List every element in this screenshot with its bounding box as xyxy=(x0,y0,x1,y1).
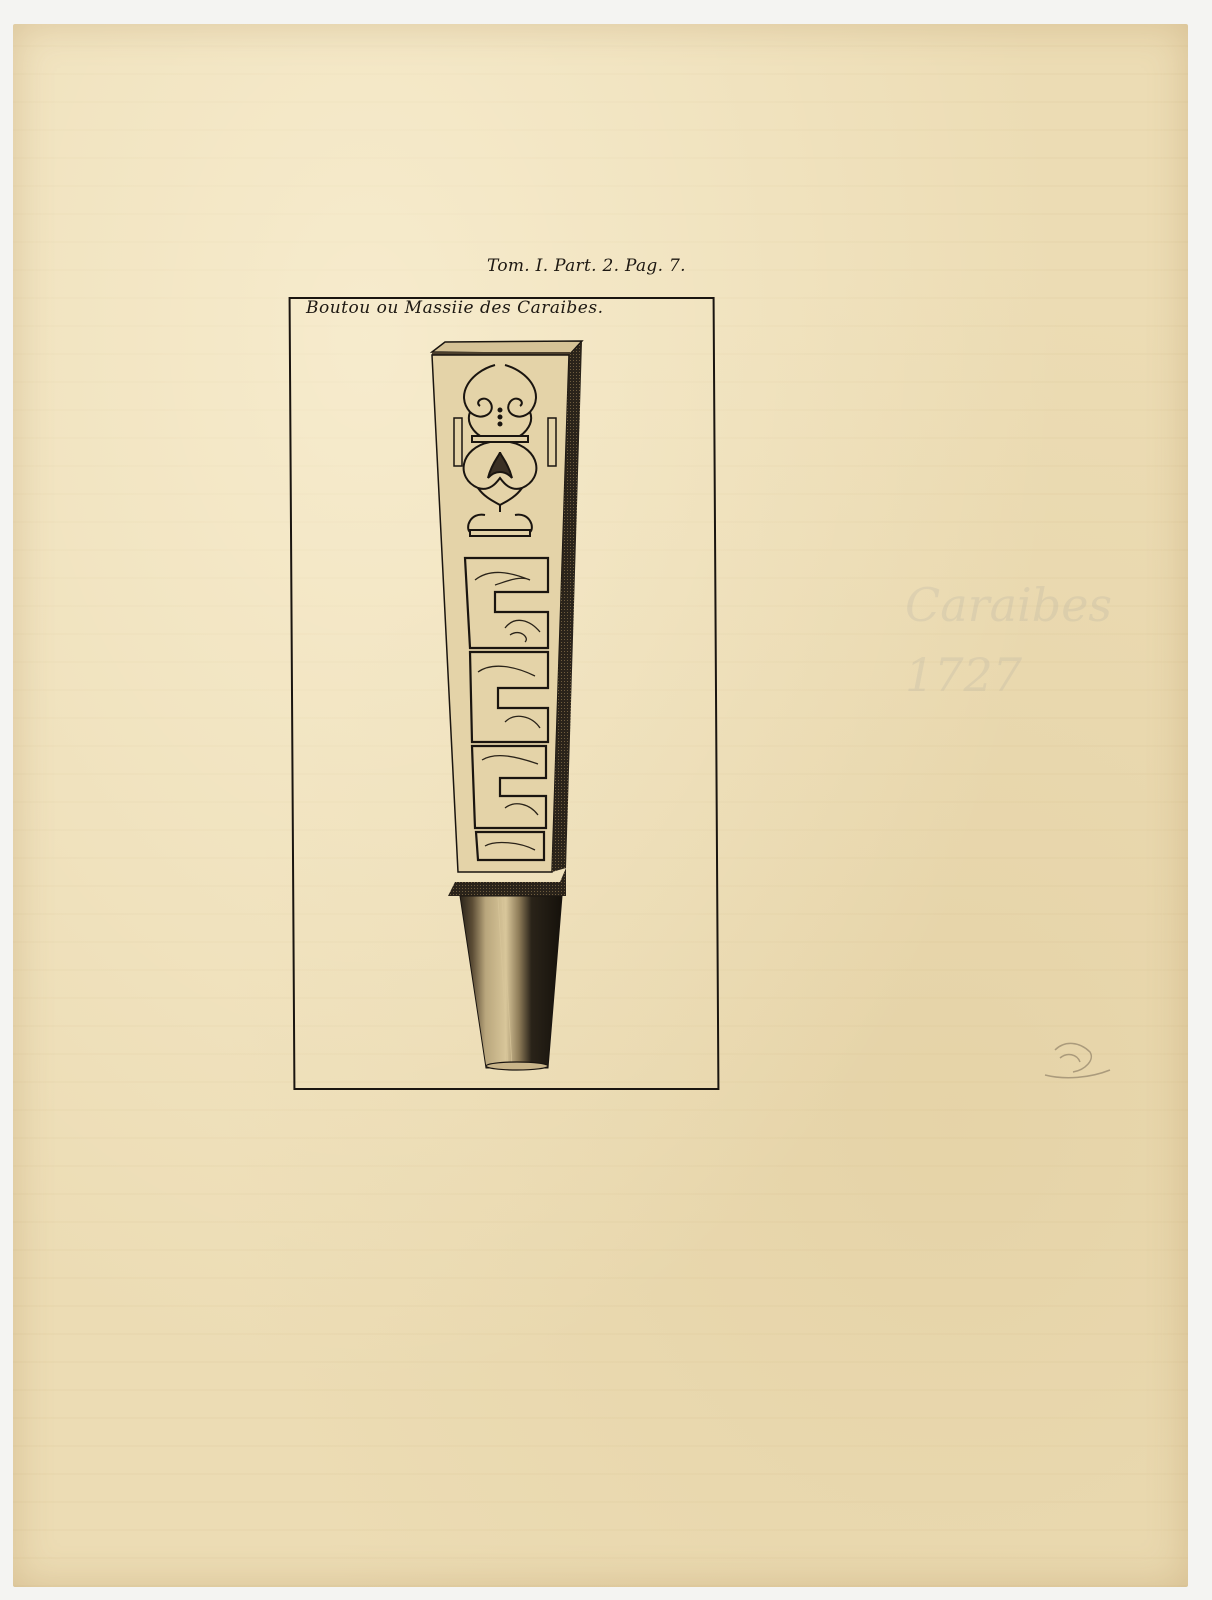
collector-stamp-mark xyxy=(1035,1030,1125,1090)
war-club-engraving xyxy=(0,0,1212,1600)
handle-end xyxy=(486,1062,548,1070)
club-handle xyxy=(460,896,562,1068)
side-bar-left xyxy=(454,418,462,466)
side-bar-right xyxy=(548,418,556,466)
